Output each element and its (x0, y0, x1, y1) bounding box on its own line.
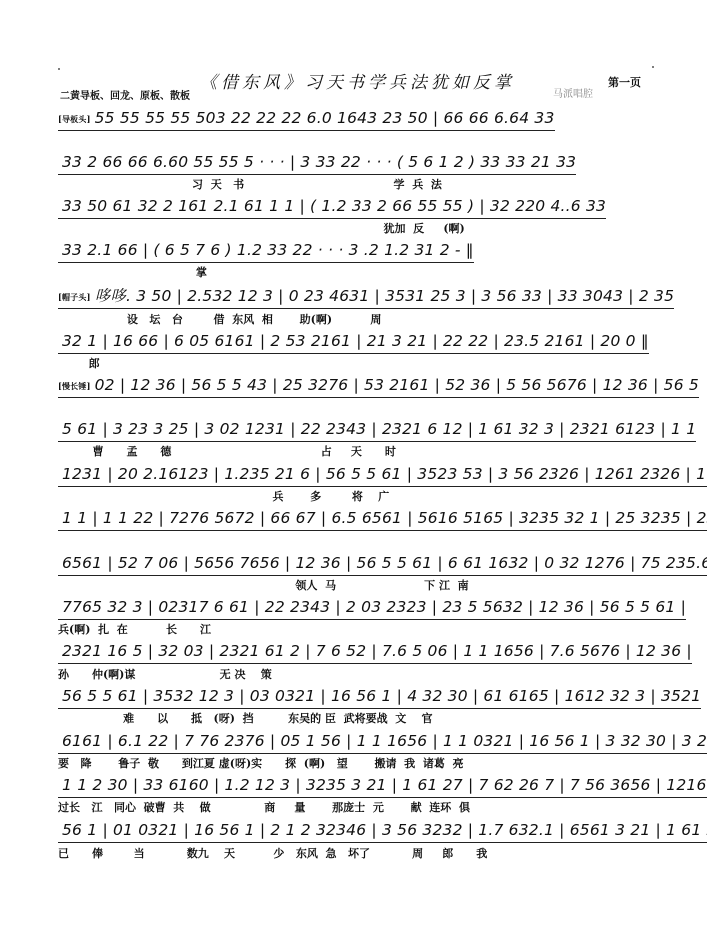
notes-text: 56 5 5 61 | 3532 12 3 | 03 0321 | 16 56 … (62, 687, 701, 705)
notes-line: 56 5 5 61 | 3532 12 3 | 03 0321 | 16 56 … (58, 686, 701, 709)
tempo-types: 二黄导板、回龙、原板、散板 (60, 87, 190, 102)
lyrics-line: 过长 江 同心 破曹 共 做 商 量 那庞士 元 献 连环 俱 (58, 799, 470, 815)
notes-text: 56 1 | 01 0321 | 16 56 1 | 2 1 2 32346 |… (62, 821, 707, 839)
notes-line: 1 1 | 1 1 22 | 7276 5672 | 66 67 | 6.5 6… (58, 508, 707, 531)
lyrics-line: 领人 马 下 江 南 (58, 577, 469, 593)
lyrics-line: 已 俸 当 数九 天 少 东风 急 坏了 周 郎 我 (58, 845, 487, 861)
notation-row: [帽子头]哆哆. 3 50 | 2.532 12 3 | 0 23 4631 |… (58, 286, 674, 309)
notes-line: [帽子头]哆哆. 3 50 | 2.532 12 3 | 0 23 4631 |… (58, 286, 674, 309)
score-page: 二黄导板、回龙、原板、散板 《借东风》习天书学兵法犹如反掌 第一页 马派唱腔 [… (0, 0, 707, 934)
notation-row: 32 1 | 16 66 | 6 05 6161 | 2 53 2161 | 2… (58, 331, 649, 354)
lyrics-line: 兵 多 将 广 (58, 488, 389, 504)
section-label: [慢长锤] (58, 381, 91, 391)
notation-row: 5 61 | 3 23 3 25 | 3 02 1231 | 22 2343 |… (58, 419, 696, 442)
notes-line: 5 61 | 3 23 3 25 | 3 02 1231 | 22 2343 |… (58, 419, 696, 442)
notes-text: 33 2 66 66 6.60 55 55 5 · · · | 3 33 22 … (62, 153, 576, 171)
notes-text: 6161 | 6.1 22 | 7 76 2376 | 05 1 56 | 1 … (62, 732, 707, 750)
notes-text: 6561 | 52 7 06 | 5656 7656 | 12 36 | 56 … (62, 554, 707, 572)
lyrics-line: 习 天 书 学 兵 法 (58, 176, 442, 192)
section-label: [帽子头] (58, 292, 91, 302)
notation-row: 1 1 2 30 | 33 6160 | 1.2 12 3 | 3235 3 2… (58, 775, 707, 798)
notation-row: 56 1 | 01 0321 | 16 56 1 | 2 1 2 32346 |… (58, 820, 707, 843)
notes-line: 6561 | 52 7 06 | 5656 7656 | 12 36 | 56 … (58, 553, 707, 576)
lyrics-line: 曹 孟 德 占 天 时 (58, 443, 396, 459)
lyrics-line: 犹加 反 (啊) (58, 220, 465, 236)
notes-text: 1 1 | 1 1 22 | 7276 5672 | 66 67 | 6.5 6… (62, 509, 707, 527)
notation-row: 6561 | 52 7 06 | 5656 7656 | 12 36 | 56 … (58, 553, 707, 576)
notation-row: 33 2.1 66 | ( 6 5 7 6 ) 1.2 33 22 · · · … (58, 240, 474, 263)
notes-line: 33 50 61 32 2 161 2.1 61 1 1 | ( 1.2 33 … (58, 196, 606, 219)
notation-row: [慢长锤]02 | 12 36 | 56 5 5 43 | 25 3276 | … (58, 375, 699, 398)
singer-style: 马派唱腔 (553, 85, 593, 100)
page-title: 《借东风》习天书学兵法犹如反掌 (200, 68, 515, 93)
notes-text: 02 | 12 36 | 56 5 5 43 | 25 3276 | 53 21… (95, 376, 699, 394)
notes-line: 6161 | 6.1 22 | 7 76 2376 | 05 1 56 | 1 … (58, 731, 707, 754)
notes-text: 1 1 2 30 | 33 6160 | 1.2 12 3 | 3235 3 2… (62, 776, 707, 794)
notes-text: 33 50 61 32 2 161 2.1 61 1 1 | ( 1.2 33 … (62, 197, 606, 215)
notes-line: 32 1 | 16 66 | 6 05 6161 | 2 53 2161 | 2… (58, 331, 649, 354)
notation-row: 7765 32 3 | 02317 6 61 | 22 2343 | 2 03 … (58, 597, 686, 620)
notes-line: [导板头]55 55 55 55 503 22 22 22 6.0 1643 2… (58, 108, 555, 131)
notation-row: 56 5 5 61 | 3532 12 3 | 03 0321 | 16 56 … (58, 686, 701, 709)
lyrics-line: 要 降 鲁子 敬 到江夏 虚(呀)实 探 (啊) 望 搬请 我 诸葛 亮 (58, 755, 464, 771)
lyrics-line: 难 以 抵 (呀) 挡 东吴的 臣 武将要战 文 官 (58, 710, 433, 726)
notes-line: 33 2.1 66 | ( 6 5 7 6 ) 1.2 33 22 · · · … (58, 240, 474, 263)
notes-text: 7765 32 3 | 02317 6 61 | 22 2343 | 2 03 … (62, 598, 686, 616)
notation-row: 33 2 66 66 6.60 55 55 5 · · · | 3 33 22 … (58, 152, 576, 175)
notes-text: 32 1 | 16 66 | 6 05 6161 | 2 53 2161 | 2… (62, 332, 649, 350)
notation-row: [导板头]55 55 55 55 503 22 22 22 6.0 1643 2… (58, 108, 555, 131)
lyrics-line: 兵(啊) 扎 在 长 江 (58, 621, 211, 637)
notation-row: 2321 16 5 | 32 03 | 2321 61 2 | 7 6 52 |… (58, 641, 692, 664)
notes-text: 55 55 55 55 503 22 22 22 6.0 1643 23 50 … (95, 109, 555, 127)
lyrics-line: 掌 (58, 264, 207, 280)
notation-row: 33 50 61 32 2 161 2.1 61 1 1 | ( 1.2 33 … (58, 196, 606, 219)
notes-line: 1231 | 20 2.16123 | 1.235 21 6 | 56 5 5 … (58, 464, 707, 487)
notes-line: 56 1 | 01 0321 | 16 56 1 | 2 1 2 32346 |… (58, 820, 707, 843)
section-label: [导板头] (58, 114, 91, 124)
lyrics-line: 孙 仲(啊)谋 无 决 策 (58, 666, 272, 682)
notes-line: [慢长锤]02 | 12 36 | 56 5 5 43 | 25 3276 | … (58, 375, 699, 398)
scan-speck (652, 66, 654, 68)
notes-line: 2321 16 5 | 32 03 | 2321 61 2 | 7 6 52 |… (58, 641, 692, 664)
lyrics-line: 郎 (58, 355, 100, 371)
notes-line: 7765 32 3 | 02317 6 61 | 22 2343 | 2 03 … (58, 597, 686, 620)
page-number: 第一页 (608, 74, 641, 90)
notes-text: 5 61 | 3 23 3 25 | 3 02 1231 | 22 2343 |… (62, 420, 696, 438)
notes-text: 哆哆. 3 50 | 2.532 12 3 | 0 23 4631 | 3531… (95, 287, 675, 305)
notation-row: 1231 | 20 2.16123 | 1.235 21 6 | 56 5 5 … (58, 464, 707, 487)
notes-line: 1 1 2 30 | 33 6160 | 1.2 12 3 | 3235 3 2… (58, 775, 707, 798)
scan-speck (58, 68, 60, 70)
notation-row: 6161 | 6.1 22 | 7 76 2376 | 05 1 56 | 1 … (58, 731, 707, 754)
lyrics-line: 设 坛 台 借 东风 相 助(啊) 周 (58, 311, 381, 327)
notes-text: 33 2.1 66 | ( 6 5 7 6 ) 1.2 33 22 · · · … (62, 241, 474, 259)
notes-text: 1231 | 20 2.16123 | 1.235 21 6 | 56 5 5 … (62, 465, 707, 483)
notes-line: 33 2 66 66 6.60 55 55 5 · · · | 3 33 22 … (58, 152, 576, 175)
notes-text: 2321 16 5 | 32 03 | 2321 61 2 | 7 6 52 |… (62, 642, 692, 660)
notation-row: 1 1 | 1 1 22 | 7276 5672 | 66 67 | 6.5 6… (58, 508, 707, 531)
